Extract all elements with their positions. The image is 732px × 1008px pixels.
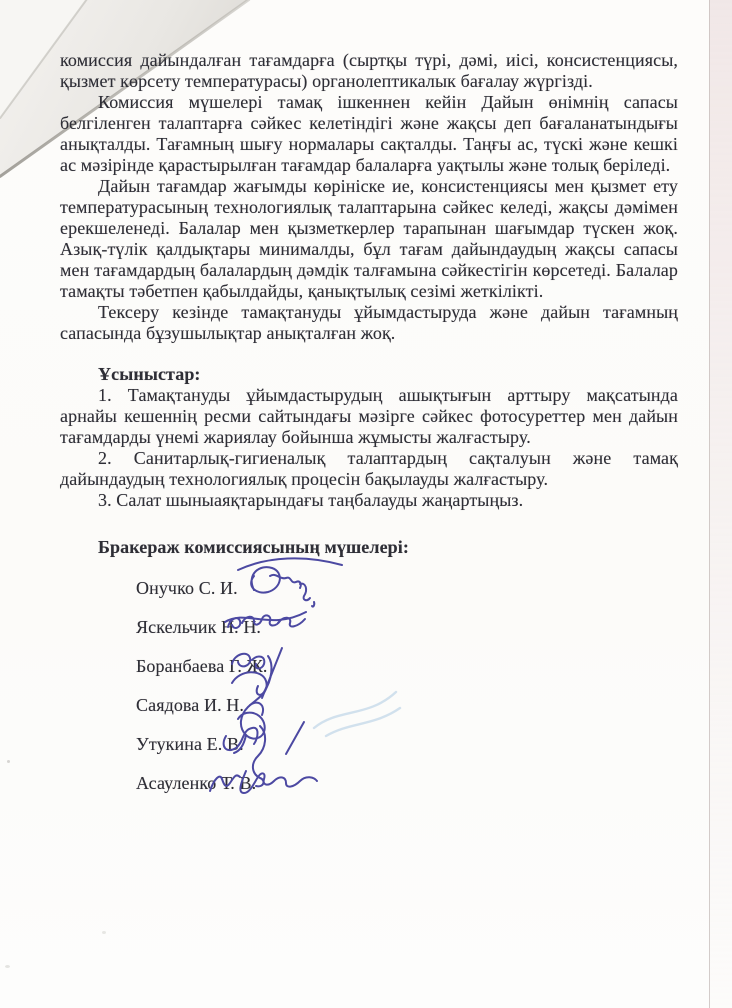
scan-speck	[5, 965, 10, 968]
document-text-block: комиссия дайындалған тағамдарға (сыртқы …	[60, 50, 678, 812]
member-name: Боранбаева Г. Ж.	[98, 656, 267, 677]
scan-speck	[102, 931, 106, 934]
commission-member-row: Асауленко Т. В.	[60, 773, 678, 812]
recommendation-item: 3. Салат шыныаяқтарындағы таңбалауды жаң…	[60, 490, 678, 511]
paragraph: Комиссия мүшелері тамақ ішкеннен кейін Д…	[60, 92, 678, 176]
recommendation-item: 1. Тамақтануды ұйымдастырудың ашықтығын …	[60, 385, 678, 448]
commission-members-list: Онучко С. И. Яскельчик Н. Н.	[60, 578, 678, 812]
recommendation-item: 2. Санитарлық-гигиеналық талаптардың сақ…	[60, 448, 678, 490]
member-name: Саядова И. Н.	[98, 695, 244, 716]
paragraph: комиссия дайындалған тағамдарға (сыртқы …	[60, 50, 678, 92]
commission-member-row: Саядова И. Н.	[60, 695, 678, 734]
scan-speck	[7, 760, 10, 763]
paragraph: Дайын тағамдар жағымды көрініске ие, кон…	[60, 176, 678, 302]
paragraph: Тексеру кезінде тамақтануды ұйымдастыруд…	[60, 302, 678, 344]
commission-member-row: Боранбаева Г. Ж.	[60, 656, 678, 695]
commission-heading: Бракераж комиссиясының мүшелері:	[60, 537, 678, 558]
scanned-document-page: комиссия дайындалған тағамдарға (сыртқы …	[0, 0, 732, 1008]
member-name: Яскельчик Н. Н.	[98, 617, 261, 638]
commission-member-row: Онучко С. И.	[60, 578, 678, 617]
member-name: Онучко С. И.	[98, 578, 238, 599]
page-right-edge	[709, 0, 732, 1008]
signature-ink	[220, 554, 352, 614]
member-name: Утукина Е. В.	[98, 734, 244, 755]
commission-member-row: Утукина Е. В.	[60, 734, 678, 773]
commission-member-row: Яскельчик Н. Н.	[60, 617, 678, 656]
member-name: Асауленко Т. В.	[98, 773, 256, 794]
recommendations-heading: Ұсыныстар:	[60, 364, 678, 385]
